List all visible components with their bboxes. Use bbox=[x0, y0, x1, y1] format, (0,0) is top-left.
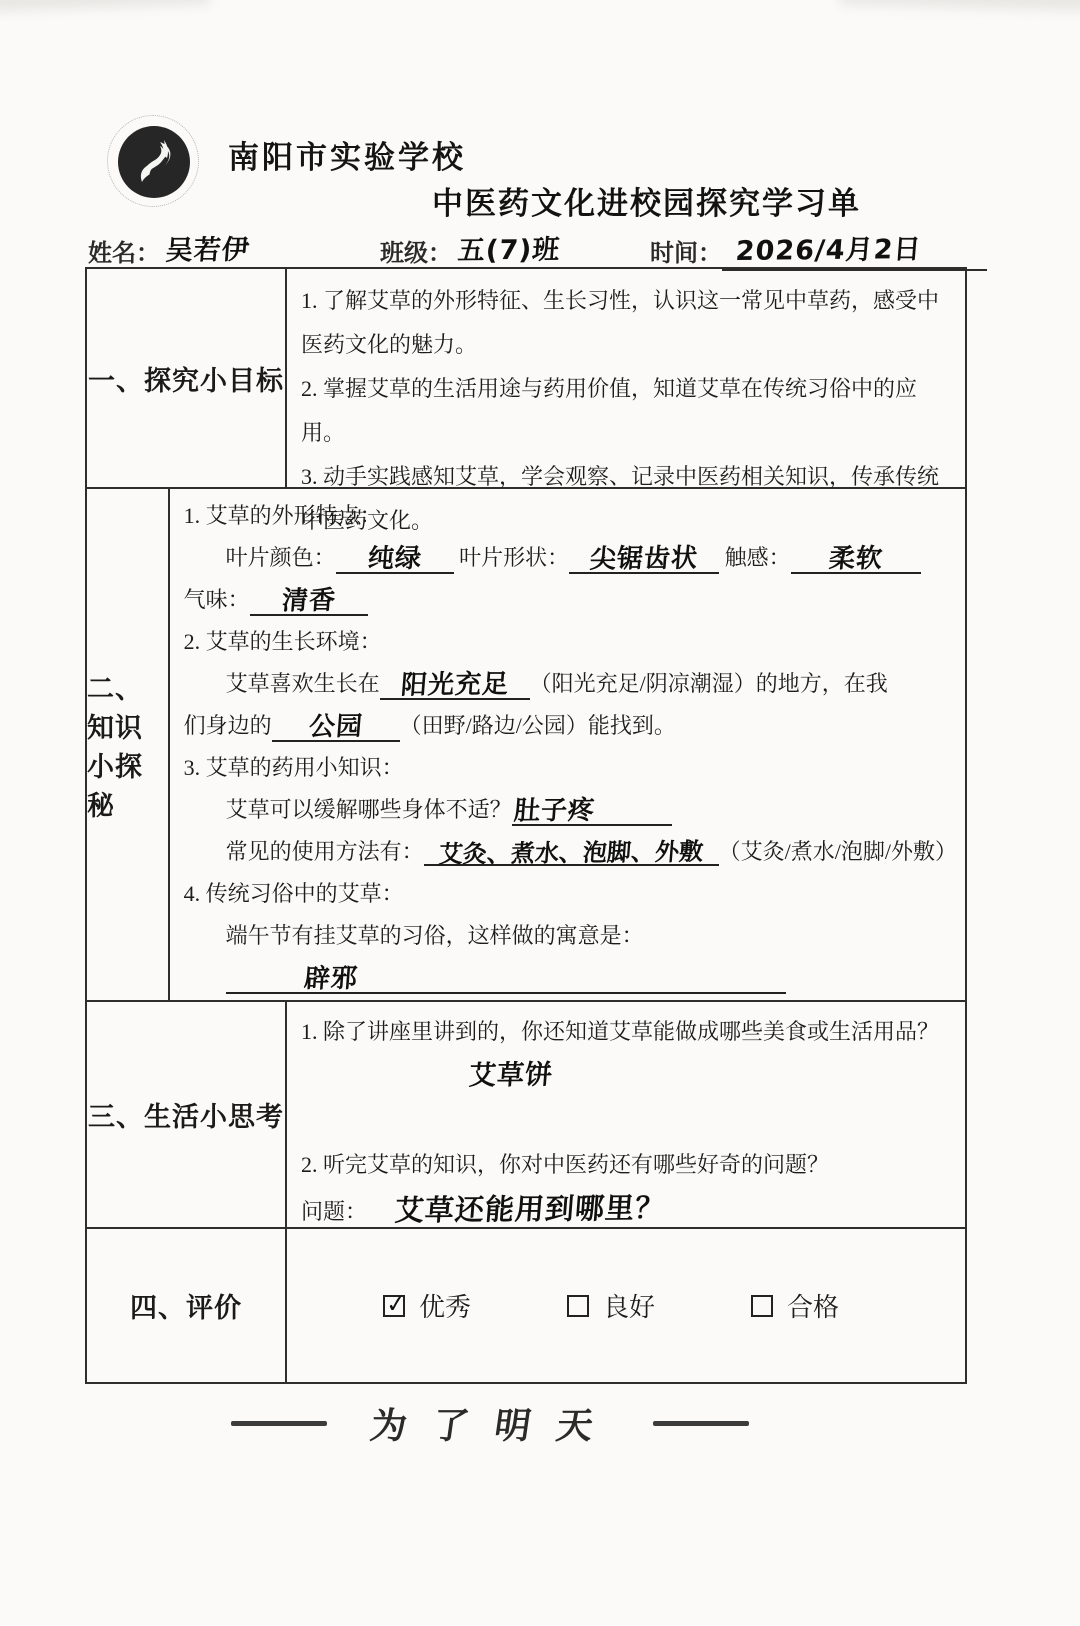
relief-question: 艾草可以缓解哪些身体不适？ bbox=[226, 797, 512, 822]
eval-option-label: 良好 bbox=[603, 1287, 655, 1324]
item4-heading: 4. 传统习俗中的艾草： bbox=[184, 873, 957, 915]
school-name: 南阳市实验学校 bbox=[228, 132, 466, 177]
leaf-shape-answer: 尖锯齿状 bbox=[589, 544, 699, 574]
section-label-thinking: 三、生活小思考 bbox=[87, 1002, 287, 1227]
appearance-line: 叶片颜色：纯绿 叶片形状：尖锯齿状 触感：柔软 bbox=[184, 537, 957, 579]
name-label: 姓名： bbox=[88, 241, 160, 267]
place-line: 们身边的公园（田野/路边/公园）能找到。 bbox=[184, 705, 957, 747]
class-field: 班级：五(7)班 bbox=[380, 230, 560, 269]
place-blank: 公园 bbox=[272, 711, 400, 742]
place-answer: 公园 bbox=[308, 713, 364, 742]
name-value: 吴若伊 bbox=[164, 228, 251, 268]
table-row-evaluation: 四、评价 ✓ 优秀 良好 合格 bbox=[87, 1229, 965, 1382]
table-row-goals: 一、探究小目标 1. 了解艾草的外形特征、生长习性，认识这一常见中草药，感受中医… bbox=[87, 269, 965, 489]
class-value: 五(7)班 bbox=[456, 227, 562, 267]
goal-item: 1. 了解艾草的外形特征、生长习性，认识这一常见中草药，感受中医药文化的魅力。 bbox=[301, 279, 955, 367]
scan-smudge-top-left bbox=[0, 0, 210, 12]
section-label-evaluation: 四、评价 bbox=[87, 1229, 287, 1382]
eval-option-pass[interactable]: 合格 bbox=[751, 1287, 839, 1324]
evaluation-content: ✓ 优秀 良好 合格 bbox=[287, 1229, 965, 1382]
leaf-color-answer: 纯绿 bbox=[367, 545, 423, 574]
growth-prefix: 艾草喜欢生长在 bbox=[226, 671, 380, 696]
logo-dotted-ring bbox=[107, 115, 199, 207]
touch-answer: 柔软 bbox=[828, 545, 884, 574]
check-mark: ✓ bbox=[385, 1289, 408, 1319]
usage-line: 常见的使用方法有：艾灸、煮水、泡脚、外敷（艾灸/煮水/泡脚/外敷） bbox=[184, 831, 957, 873]
table-row-thinking: 三、生活小思考 1. 除了讲座里讲到的，你还知道艾草能做成哪些美食或生活用品？ … bbox=[87, 1002, 965, 1229]
worksheet-table: 一、探究小目标 1. 了解艾草的外形特征、生长习性，认识这一常见中草药，感受中医… bbox=[85, 267, 967, 1384]
usage-answer: 艾灸、煮水、泡脚、外敷 bbox=[438, 839, 704, 868]
growth-continuation: 们身边的 bbox=[184, 713, 272, 738]
footer-dash-right bbox=[653, 1421, 749, 1426]
smell-line: 气味：清香 bbox=[184, 579, 957, 621]
growth-answer: 阳光充足 bbox=[399, 670, 509, 700]
custom-answer: 辟邪 bbox=[303, 965, 359, 994]
item3-heading: 3. 艾草的药用小知识： bbox=[184, 747, 957, 789]
section-label-explore: 二、知识小探秘 bbox=[87, 489, 170, 1000]
usage-label: 常见的使用方法有： bbox=[226, 839, 424, 864]
explore-content: 1. 艾草的外形特点： 叶片颜色：纯绿 叶片形状：尖锯齿状 触感：柔软 气味：清… bbox=[170, 489, 965, 1000]
eval-option-excellent[interactable]: ✓ 优秀 bbox=[383, 1287, 471, 1324]
leaf-shape-label: 叶片形状： bbox=[459, 545, 569, 570]
time-label: 时间： bbox=[650, 241, 722, 267]
student-info-row: 姓名：吴若伊 班级：五(7)班 时间：2026/4月2日 bbox=[88, 230, 998, 270]
growth-blank: 阳光充足 bbox=[380, 669, 530, 700]
relief-line: 艾草可以缓解哪些身体不适？肚子疼 bbox=[184, 789, 957, 831]
checkbox-pass-icon[interactable] bbox=[751, 1295, 773, 1317]
touch-label: 触感： bbox=[725, 545, 791, 570]
answer-2-line: 问题：艾草还能用到哪里？ bbox=[301, 1187, 957, 1234]
table-row-explore: 二、知识小探秘 1. 艾草的外形特点： 叶片颜色：纯绿 叶片形状：尖锯齿状 触感… bbox=[87, 489, 965, 1002]
leaf-color-blank: 纯绿 bbox=[336, 543, 454, 574]
custom-blank: 辟邪 bbox=[226, 963, 786, 994]
goal-item: 2. 掌握艾草的生活用途与药用价值，知道艾草在传统习俗中的应用。 bbox=[301, 367, 955, 455]
time-field: 时间：2026/4月2日 bbox=[650, 230, 987, 271]
section-label-goals: 一、探究小目标 bbox=[87, 269, 287, 487]
leaf-color-label: 叶片颜色： bbox=[226, 545, 336, 570]
name-field: 姓名：吴若伊 bbox=[88, 230, 250, 269]
touch-blank: 柔软 bbox=[791, 543, 921, 574]
question-2-label: 问题： bbox=[301, 1199, 367, 1224]
usage-blank: 艾灸、煮水、泡脚、外敷 bbox=[424, 838, 719, 866]
relief-answer: 肚子疼 bbox=[513, 797, 596, 826]
growth-options: （阳光充足/阴凉潮湿）的地方，在我 bbox=[530, 671, 888, 696]
eval-option-label: 优秀 bbox=[419, 1287, 471, 1324]
checkbox-excellent-icon[interactable]: ✓ bbox=[383, 1295, 405, 1317]
footer-slogan: 为了明天 bbox=[0, 1398, 1030, 1449]
item1-heading: 1. 艾草的外形特点： bbox=[184, 495, 957, 537]
custom-line: 端午节有挂艾草的习俗，这样做的寓意是： bbox=[184, 915, 957, 957]
checkbox-good-icon[interactable] bbox=[567, 1295, 589, 1317]
smell-label: 气味： bbox=[184, 587, 250, 612]
class-label: 班级： bbox=[380, 241, 452, 267]
school-logo-icon bbox=[112, 120, 196, 204]
place-options: （田野/路边/公园）能找到。 bbox=[400, 713, 676, 738]
question-1: 1. 除了讲座里讲到的，你还知道艾草能做成哪些美食或生活用品？ bbox=[301, 1010, 957, 1054]
answer-1: 艾草饼 bbox=[467, 1054, 554, 1099]
relief-blank: 肚子疼 bbox=[512, 795, 672, 826]
goals-content: 1. 了解艾草的外形特征、生长习性，认识这一常见中草药，感受中医药文化的魅力。 … bbox=[287, 269, 965, 487]
answer-1-line: 艾草饼 bbox=[301, 1054, 957, 1099]
custom-answer-line: 辟邪 bbox=[184, 957, 957, 999]
time-underline: 2026/4月2日 bbox=[722, 230, 987, 271]
scan-smudge-top-right bbox=[840, 0, 1080, 11]
usage-options: （艾灸/煮水/泡脚/外敷） bbox=[719, 839, 957, 864]
eval-option-good[interactable]: 良好 bbox=[567, 1287, 655, 1324]
item2-heading: 2. 艾草的生长环境： bbox=[184, 621, 957, 663]
smell-blank: 清香 bbox=[250, 585, 368, 616]
answer-2: 艾草还能用到哪里？ bbox=[393, 1186, 667, 1233]
footer-slogan-text: 为了明天 bbox=[357, 1398, 622, 1449]
page-title: 中医药文化进校园探究学习单 bbox=[432, 178, 861, 223]
growth-line: 艾草喜欢生长在阳光充足（阳光充足/阴凉潮湿）的地方，在我 bbox=[184, 663, 957, 705]
smell-answer: 清香 bbox=[281, 587, 337, 616]
spacer-line bbox=[301, 1099, 957, 1143]
eval-option-label: 合格 bbox=[787, 1287, 839, 1324]
question-2: 2. 听完艾草的知识，你对中医药还有哪些好奇的问题？ bbox=[301, 1143, 957, 1187]
time-value: 2026/4月2日 bbox=[734, 227, 923, 268]
thinking-content: 1. 除了讲座里讲到的，你还知道艾草能做成哪些美食或生活用品？ 艾草饼 2. 听… bbox=[287, 1002, 965, 1227]
footer-dash-left bbox=[231, 1421, 327, 1426]
leaf-shape-blank: 尖锯齿状 bbox=[569, 543, 719, 574]
